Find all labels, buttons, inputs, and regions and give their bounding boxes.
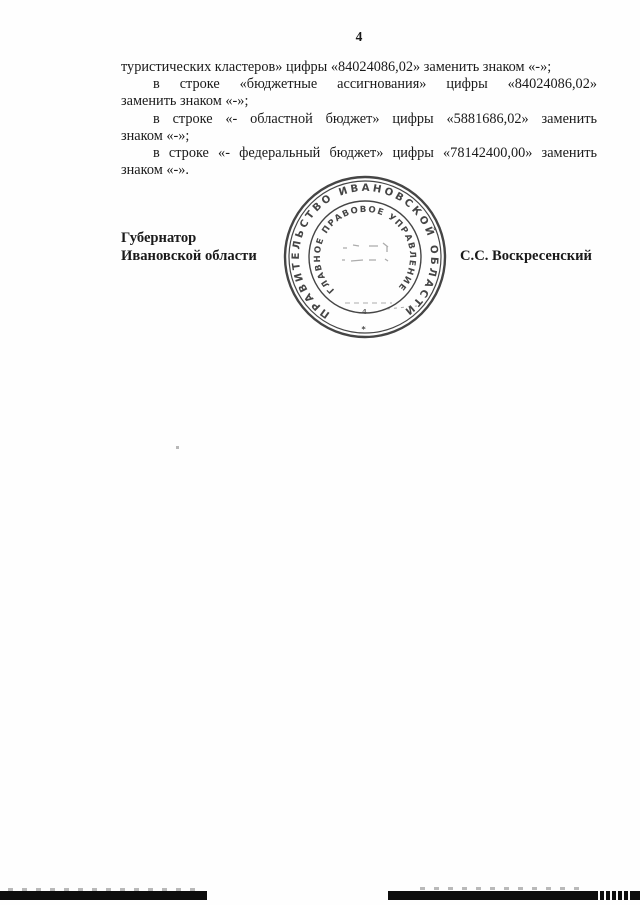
scan-artifact-bar-right [388, 891, 640, 900]
stamp-bottom-mark: 4 [362, 308, 367, 316]
svg-text:ПРАВИТЕЛЬСТВО ИВАНОВСКОЙ ОБЛАС: ПРАВИТЕЛЬСТВО ИВАНОВСКОЙ ОБЛАСТИ [291, 183, 439, 320]
body-text-line: туристических кластеров» цифры «84024086… [121, 59, 597, 76]
scanned-document-page: 4 туристических кластеров» цифры «840240… [0, 0, 640, 905]
body-text-line: знаком «-»; [121, 128, 597, 145]
page-number: 4 [121, 29, 597, 45]
stamp-middle-ring [309, 201, 421, 313]
body-text-line: заменить знаком «-»; [121, 93, 597, 110]
scan-artifact-barcode [598, 891, 634, 900]
signature-name: С.С. Воскресенский [460, 248, 592, 265]
official-stamp: ПРАВИТЕЛЬСТВО ИВАНОВСКОЙ ОБЛАСТИ ГЛАВНОЕ… [283, 172, 455, 346]
scan-speck [176, 446, 179, 449]
body-text-line: в строке «- областной бюджет» цифры «588… [121, 111, 597, 128]
document-body: туристических кластеров» цифры «84024086… [121, 59, 597, 179]
signature-title-line2: Ивановской области [121, 248, 257, 266]
body-text-line: в строке «бюджетные ассигнования» цифры … [121, 76, 597, 93]
scan-artifact-ticks-right [420, 887, 585, 890]
signature-title: Губернатор Ивановской области [121, 230, 257, 266]
signature-title-line1: Губернатор [121, 230, 257, 248]
body-text-line: в строке «- федеральный бюджет» цифры «7… [121, 145, 597, 162]
stamp-inner-text: ГЛАВНОЕ ПРАВОВОЕ УПРАВЛЕНИЕ [313, 205, 417, 295]
svg-text:ГЛАВНОЕ ПРАВОВОЕ УПРАВЛЕНИЕ: ГЛАВНОЕ ПРАВОВОЕ УПРАВЛЕНИЕ [313, 205, 417, 295]
stamp-outer-text: ПРАВИТЕЛЬСТВО ИВАНОВСКОЙ ОБЛАСТИ [291, 183, 439, 320]
scan-artifact-bar-left [0, 891, 207, 900]
